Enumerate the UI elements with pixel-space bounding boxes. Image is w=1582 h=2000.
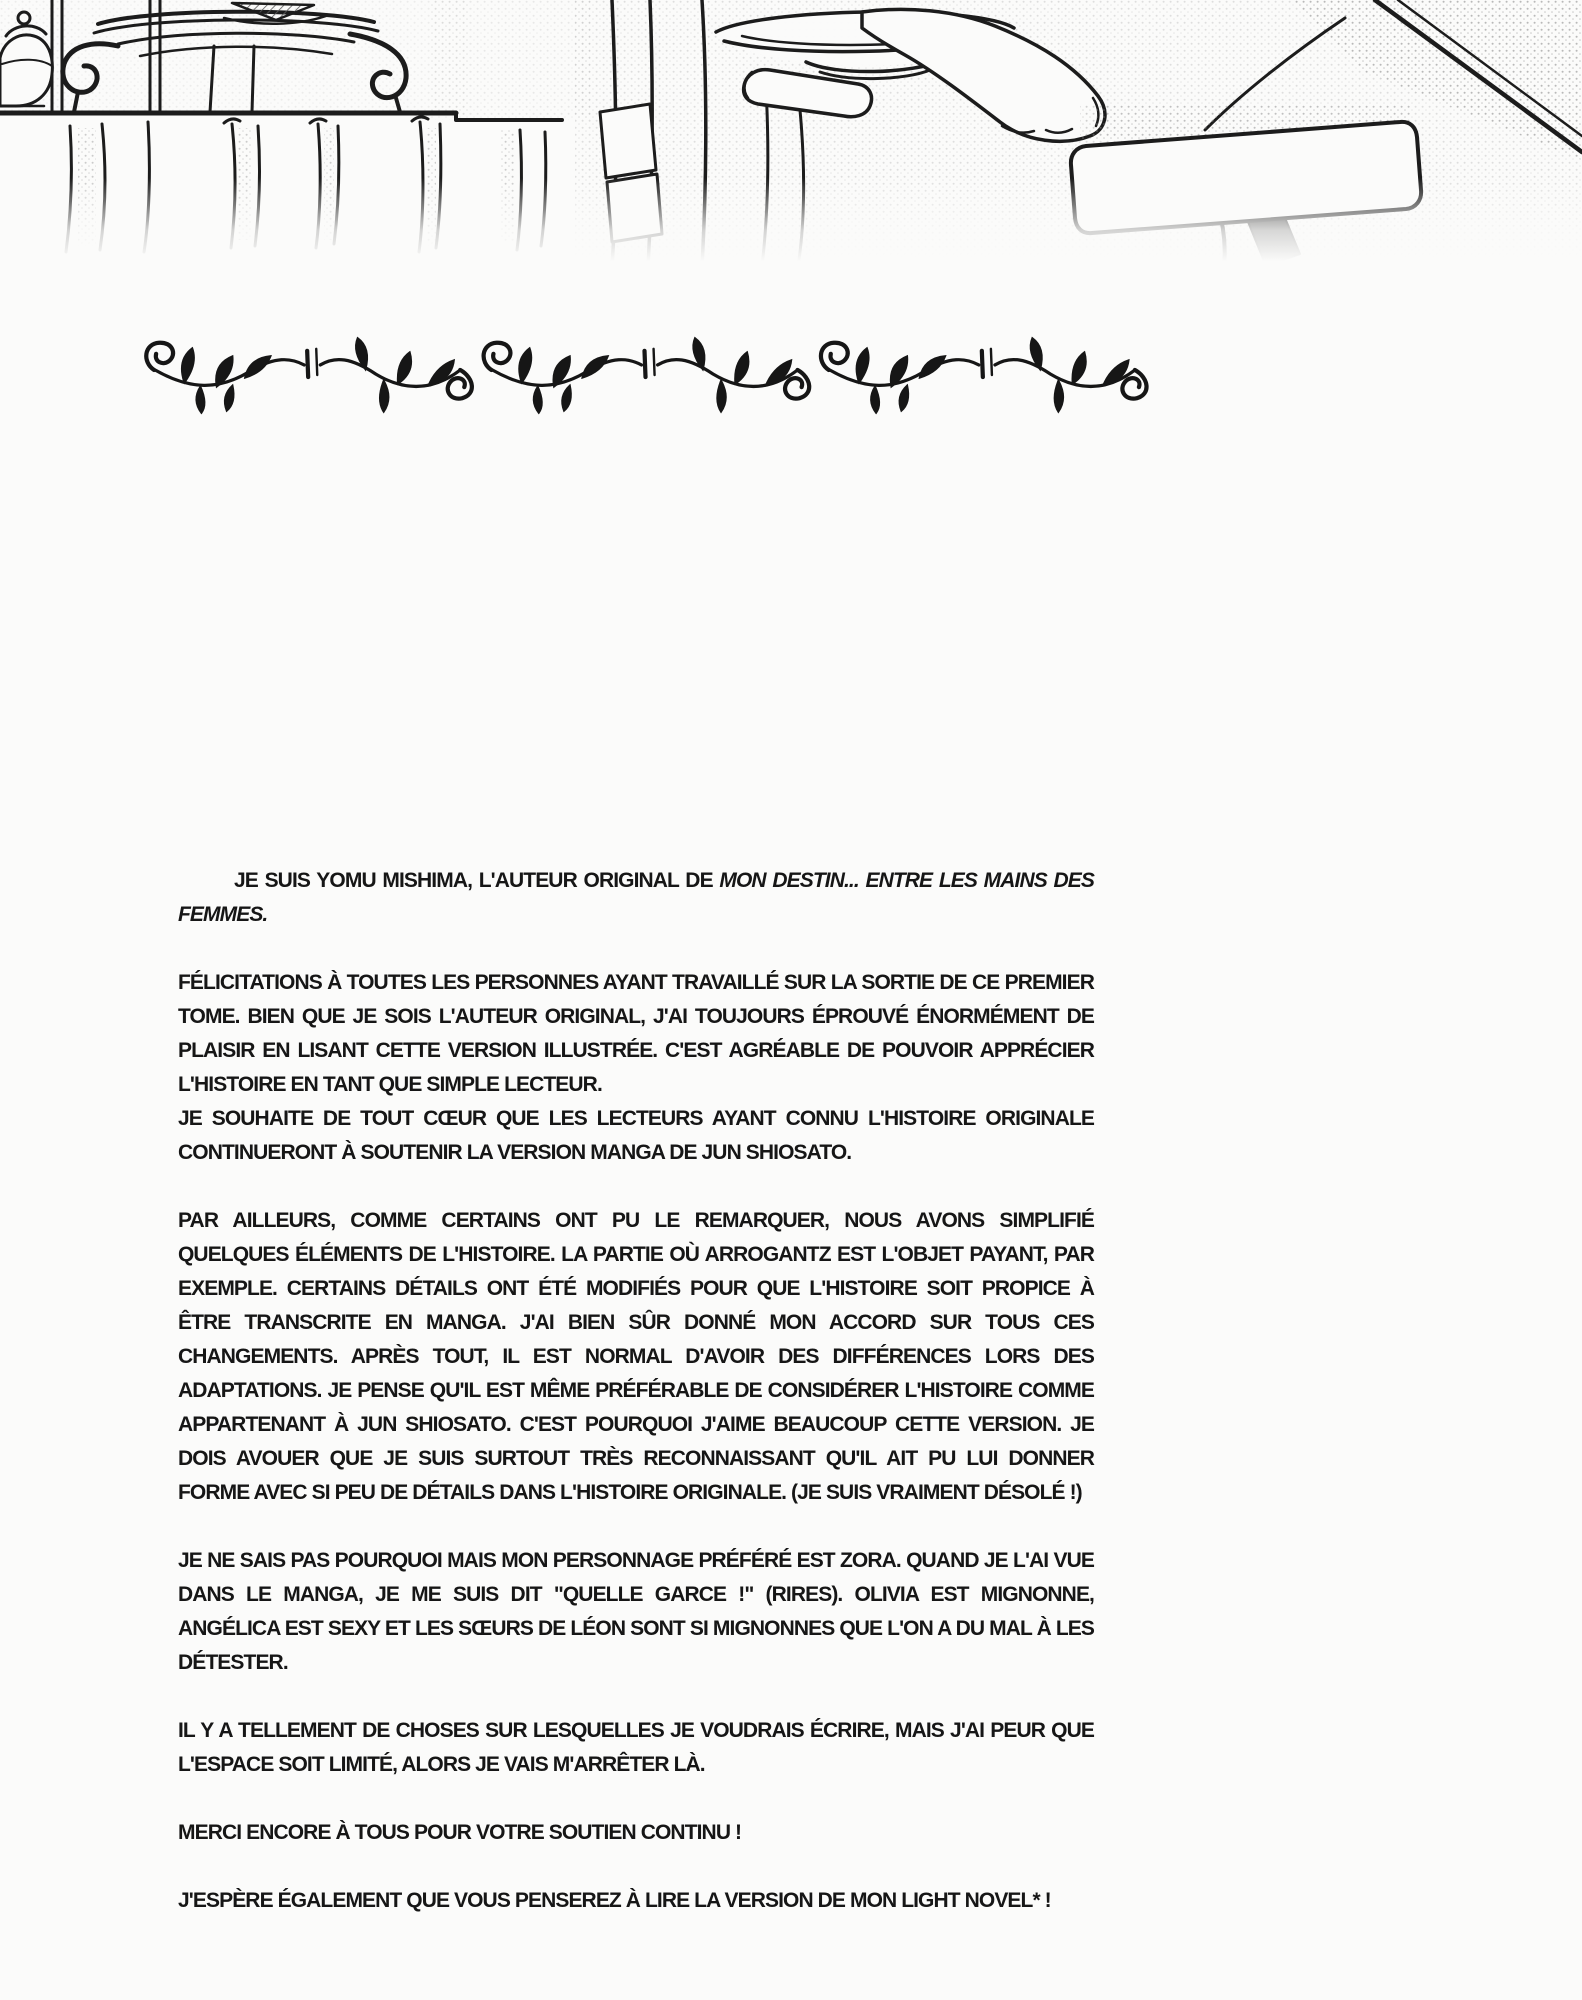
manga-afterword-page: JE SUIS YOMU MISHIMA, L'AUTEUR ORIGINAL … bbox=[0, 0, 1582, 2000]
manga-artwork bbox=[0, 0, 1582, 270]
intro-prefix: JE SUIS YOMU MISHIMA, L'AUTEUR ORIGINAL … bbox=[234, 869, 719, 892]
afterword-text: JE SUIS YOMU MISHIMA, L'AUTEUR ORIGINAL … bbox=[178, 864, 1094, 1918]
tablecloth-illustration bbox=[66, 117, 546, 252]
pocket-illustration bbox=[1071, 104, 1421, 233]
manga-artwork-canvas bbox=[0, 0, 1582, 270]
paragraph-tellement-de-choses: IL Y A TELLEMENT DE CHOSES SUR LESQUELLE… bbox=[178, 1714, 1094, 1782]
paragraph-light-novel: J'ESPÈRE ÉGALEMENT QUE VOUS PENSEREZ À L… bbox=[178, 1884, 1094, 1918]
paragraph-par-ailleurs: PAR AILLEURS, COMME CERTAINS ONT PU LE R… bbox=[178, 1204, 1094, 1510]
paragraph-personnage-prefere: JE NE SAIS PAS POURQUOI MAIS MON PERSONN… bbox=[178, 1544, 1094, 1680]
floral-divider bbox=[138, 330, 1150, 418]
paragraph-merci: MERCI ENCORE À TOUS POUR VOTRE SOUTIEN C… bbox=[178, 1816, 1094, 1850]
paragraph-souhaite: JE SOUHAITE DE TOUT CŒUR QUE LES LECTEUR… bbox=[178, 1102, 1094, 1170]
afterword-intro-paragraph: JE SUIS YOMU MISHIMA, L'AUTEUR ORIGINAL … bbox=[178, 864, 1094, 932]
paragraph-felicitations: FÉLICITATIONS À TOUTES LES PERSONNES AYA… bbox=[178, 966, 1094, 1102]
